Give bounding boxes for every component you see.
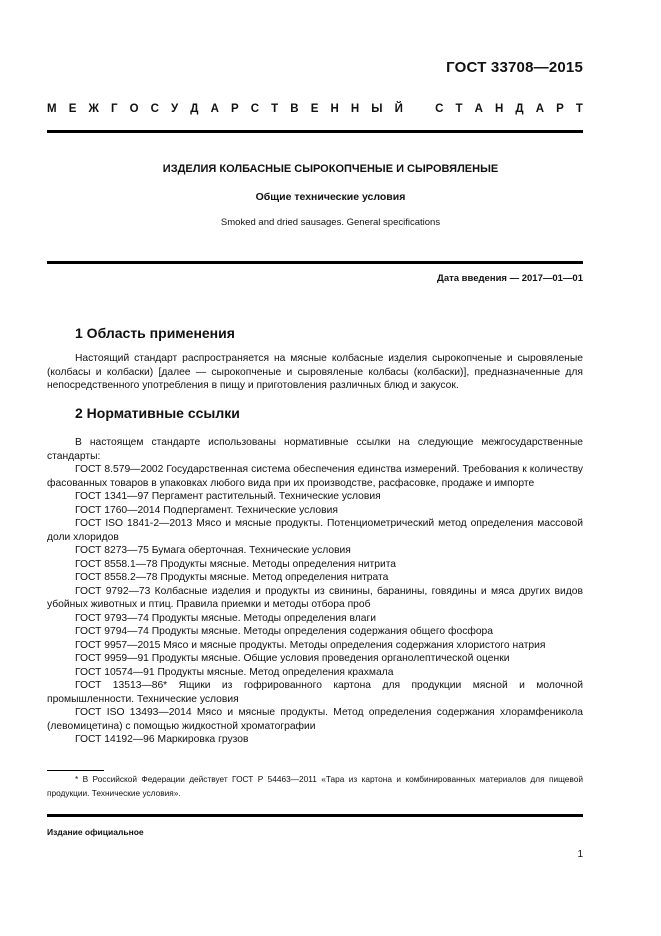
banner-letter: Н	[495, 103, 503, 115]
reference-item: ГОСТ 8558.1—78 Продукты мясные. Методы о…	[47, 558, 583, 572]
banner-letter: Д	[515, 103, 523, 115]
section-scope-body: Настоящий стандарт распространяется на м…	[47, 352, 583, 393]
section-heading-references: 2 Нормативные ссылки	[75, 405, 240, 421]
title-rule	[47, 261, 583, 264]
header-rule	[47, 130, 583, 133]
banner-letter: Р	[231, 103, 239, 115]
banner-letter: В	[290, 103, 298, 115]
reference-item: ГОСТ 9793—74 Продукты мясные. Методы опр…	[47, 612, 583, 626]
banner-letter: Ы	[371, 103, 382, 115]
footnote: * В Российской Федерации действует ГОСТ …	[47, 773, 583, 800]
banner-letter: А	[475, 103, 483, 115]
reference-item: ГОСТ 8273—75 Бумага оберточная. Техничес…	[47, 544, 583, 558]
reference-item: ГОСТ 8558.2—78 Продукты мясные. Метод оп…	[47, 571, 583, 585]
paragraph: Настоящий стандарт распространяется на м…	[47, 352, 583, 393]
reference-item: ГОСТ 13513—86* Ящики из гофрированного к…	[47, 679, 583, 706]
footnote-rule	[47, 770, 104, 771]
banner-letter: Н	[330, 103, 338, 115]
reference-item: ГОСТ ISO 1841-2—2013 Мясо и мясные проду…	[47, 517, 583, 544]
banner-letter: А	[211, 103, 219, 115]
reference-item: ГОСТ 9957—2015 Мясо и мясные продукты. М…	[47, 639, 583, 653]
reference-item: ГОСТ 9792—73 Колбасные изделия и продукт…	[47, 585, 583, 612]
banner-letter: С	[435, 103, 443, 115]
reference-item: ГОСТ 10574—91 Продукты мясные. Метод опр…	[47, 666, 583, 680]
document-title: ИЗДЕЛИЯ КОЛБАСНЫЕ СЫРОКОПЧЕНЫЕ И СЫРОВЯЛ…	[0, 163, 661, 175]
banner-letter: Ж	[88, 103, 98, 115]
banner-letter: Н	[351, 103, 359, 115]
document-title-english: Smoked and dried sausages. General speci…	[0, 217, 661, 228]
footer-rule	[47, 814, 583, 817]
banner-letter	[415, 103, 423, 115]
interstate-standard-banner: МЕЖГОСУДАРСТВЕННЫЙ СТАНДАРТ	[47, 103, 583, 115]
banner-letter: Т	[576, 103, 583, 115]
introduction-date: Дата введения — 2017—01—01	[437, 273, 583, 284]
reference-item: ГОСТ ISO 13493—2014 Мясо и мясные продук…	[47, 706, 583, 733]
reference-item: ГОСТ 8.579—2002 Государственная система …	[47, 463, 583, 490]
banner-letter: Е	[69, 103, 77, 115]
paragraph: В настоящем стандарте использованы норма…	[47, 436, 583, 463]
reference-item: ГОСТ 9959—91 Продукты мясные. Общие усло…	[47, 652, 583, 666]
section-heading-scope: 1 Область применения	[75, 325, 235, 341]
page-number: 1	[577, 849, 583, 860]
section-references-body: В настоящем стандарте использованы норма…	[47, 436, 583, 747]
banner-letter: Т	[455, 103, 462, 115]
reference-item: ГОСТ 14192—96 Маркировка грузов	[47, 733, 583, 747]
footnote-text: * В Российской Федерации действует ГОСТ …	[47, 773, 583, 800]
banner-letter: Г	[111, 103, 118, 115]
reference-item: ГОСТ 1341—97 Пергамент растительный. Тех…	[47, 490, 583, 504]
banner-letter: Й	[395, 103, 403, 115]
reference-item: ГОСТ 9794—74 Продукты мясные. Методы опр…	[47, 625, 583, 639]
banner-letter: У	[171, 103, 178, 115]
banner-letter: А	[536, 103, 544, 115]
banner-letter: М	[47, 103, 57, 115]
official-edition-label: Издание официальное	[47, 827, 144, 837]
banner-letter: Е	[311, 103, 319, 115]
banner-letter: С	[151, 103, 159, 115]
banner-letter: Д	[190, 103, 198, 115]
banner-letter: Р	[556, 103, 564, 115]
reference-item: ГОСТ 1760—2014 Подпергамент. Технические…	[47, 504, 583, 518]
banner-letter: С	[251, 103, 259, 115]
banner-letter: О	[130, 103, 139, 115]
document-subtitle: Общие технические условия	[0, 191, 661, 203]
document-number: ГОСТ 33708—2015	[446, 59, 583, 76]
banner-letter: Т	[271, 103, 278, 115]
